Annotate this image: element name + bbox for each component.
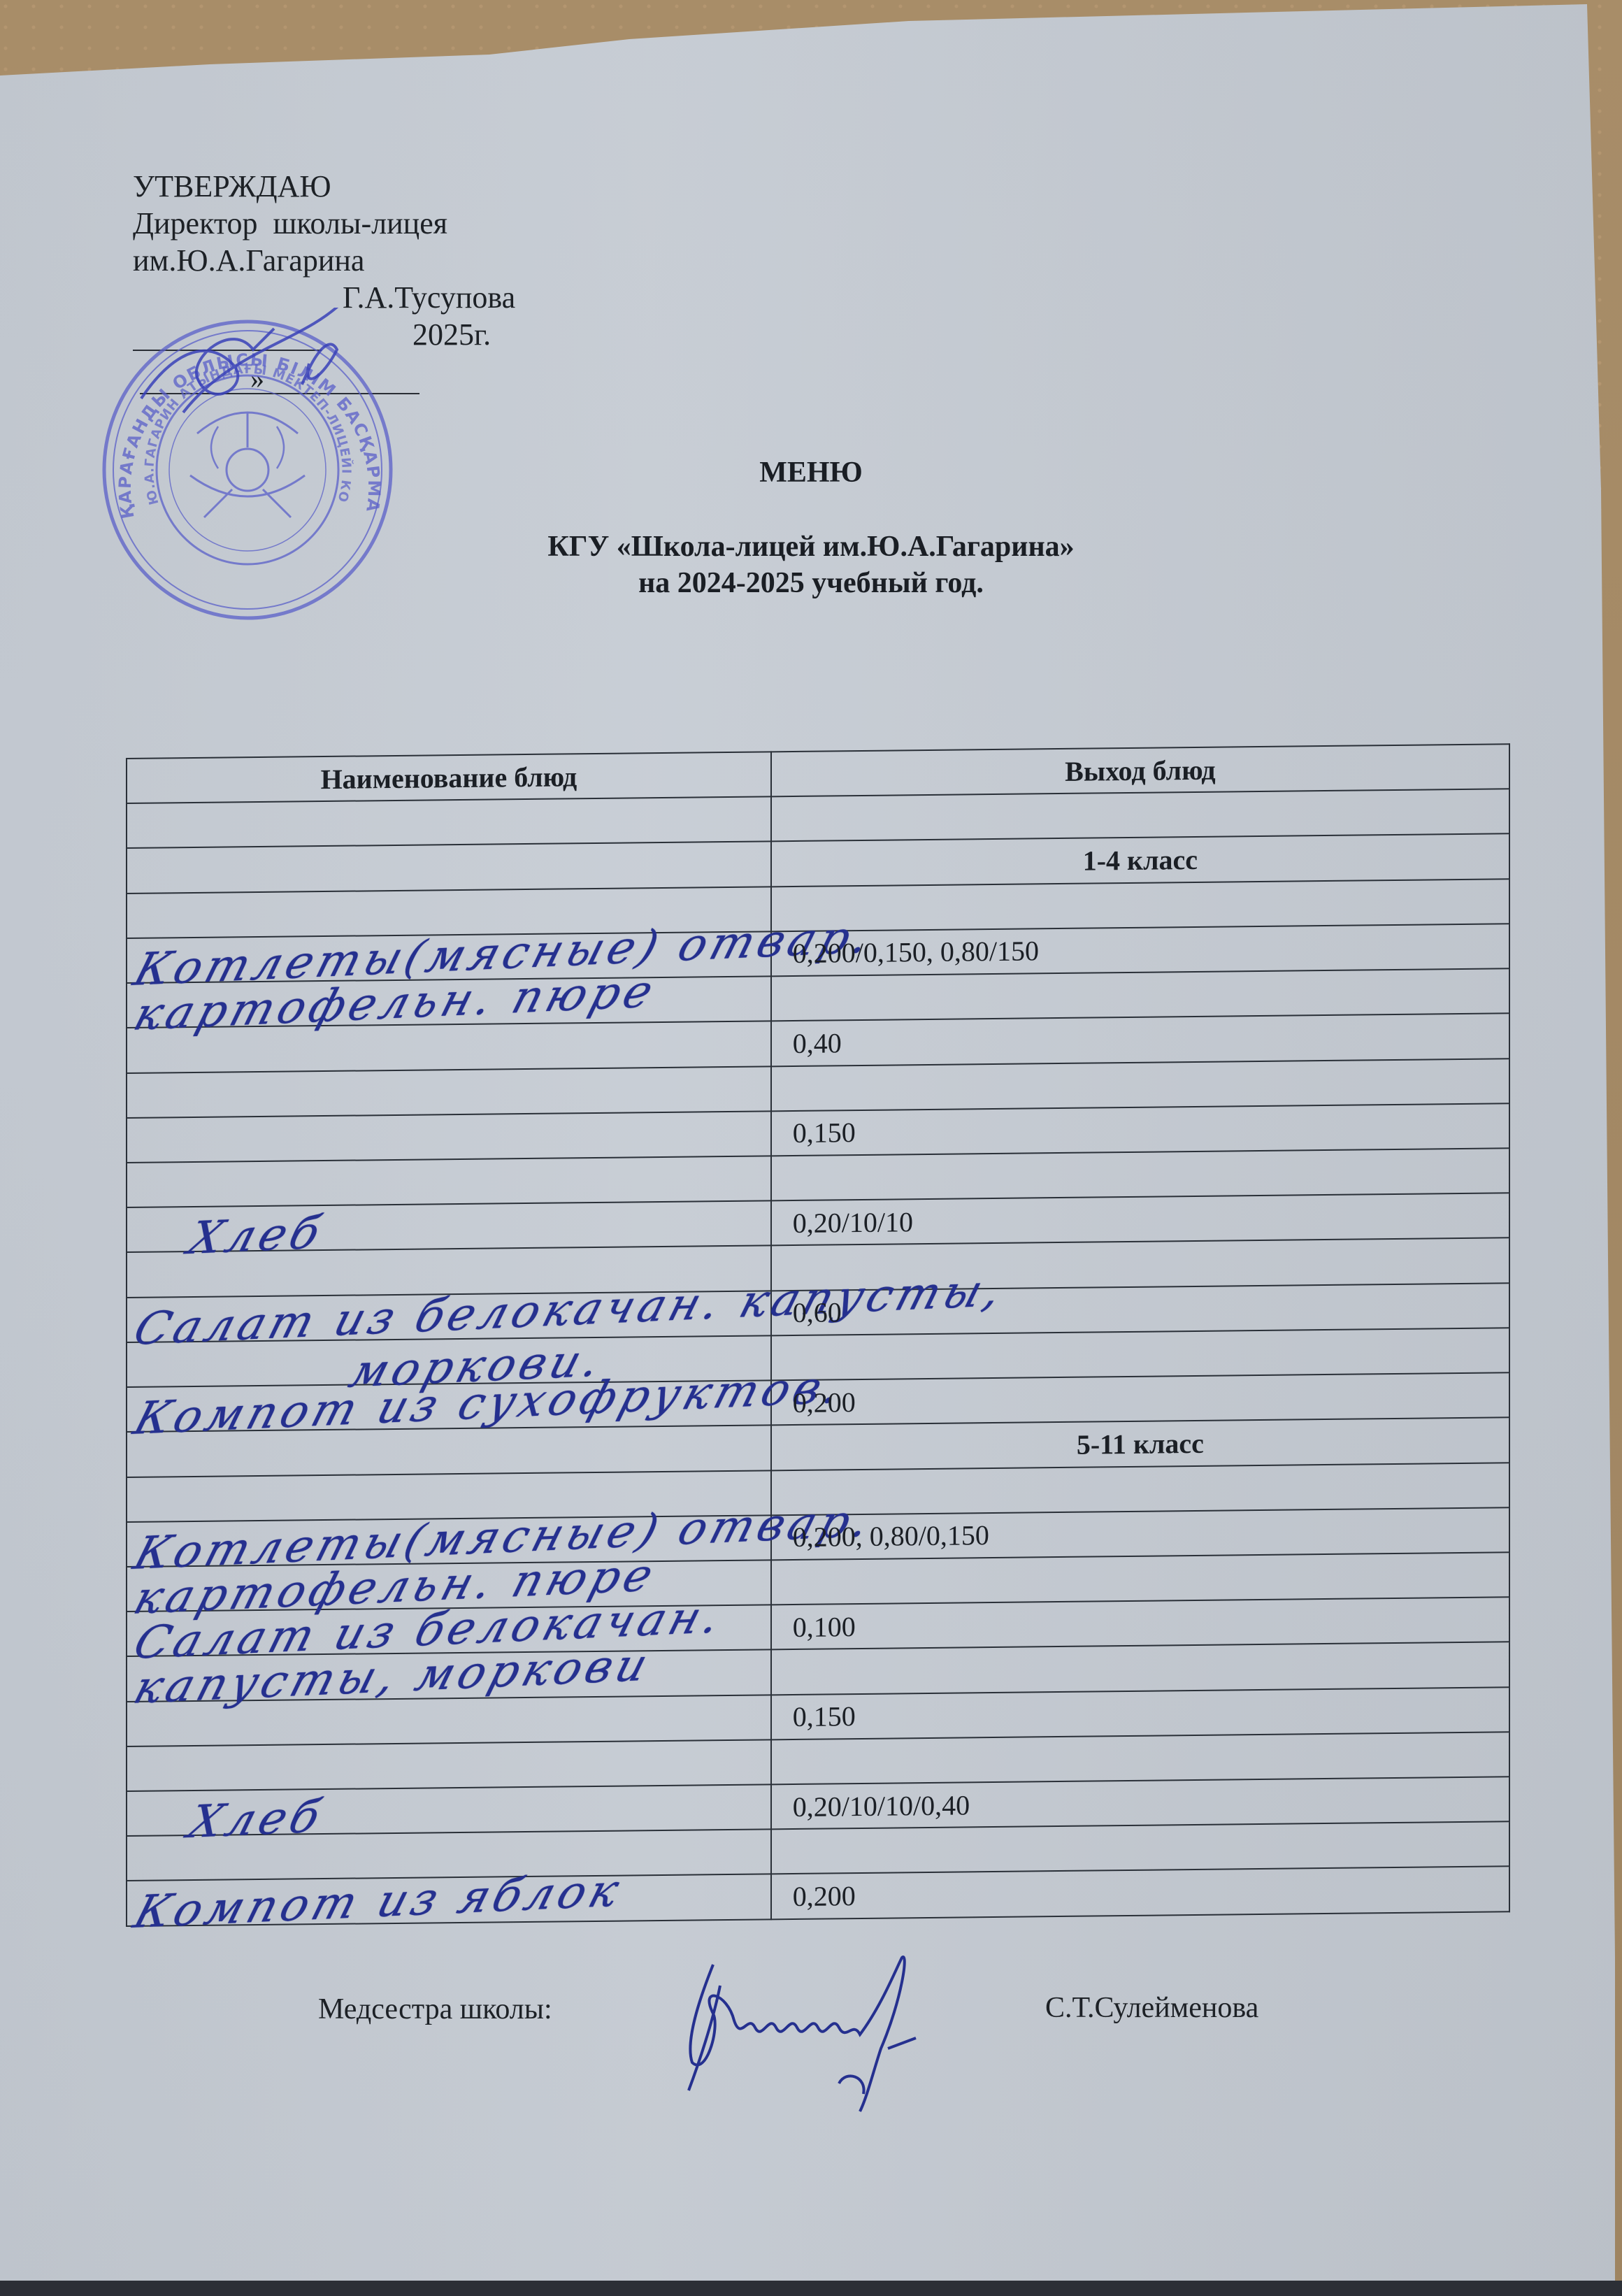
desk-edge <box>0 2281 1622 2296</box>
dish-output-cell <box>771 1642 1509 1695</box>
dish-output-cell <box>771 1059 1509 1111</box>
approval-heading: УТВЕРЖДАЮ <box>133 168 515 205</box>
school-year: на 2024-2025 учебный год. <box>392 565 1230 601</box>
class-group-label: 1-4 класс <box>771 834 1509 887</box>
official-stamp-icon: ҚАРАҒАНДЫ ОБЛЫСЫ БІЛІМ БАСҚАРМАСЫНЫҢ ШЕТ… <box>92 308 400 629</box>
dish-output-cell <box>771 1463 1509 1515</box>
document-title-block: МЕНЮ КГУ «Школа-лицей им.Ю.А.Гагарина» н… <box>392 454 1230 601</box>
column-header-output: Выход блюд <box>771 744 1509 796</box>
dish-name-cell <box>127 1739 771 1791</box>
dish-output-cell <box>771 968 1509 1021</box>
director-position-line2: им.Ю.А.Гагарина <box>133 242 515 279</box>
dish-name-cell: Компот из сухофруктов. <box>127 1380 771 1432</box>
dish-name-cell <box>127 797 771 849</box>
column-header-dish-name: Наименование блюд <box>127 752 771 803</box>
organization-name: КГУ «Школа-лицей им.Ю.А.Гагарина» <box>392 529 1230 565</box>
dish-output-cell: 0,150 <box>771 1687 1509 1739</box>
dish-output-cell: 0,200 <box>771 1867 1509 1920</box>
dish-name-cell <box>127 1695 771 1746</box>
dish-name-cell: капусты, моркови <box>127 1650 771 1702</box>
menu-table: Наименование блюд Выход блюд 1-4 классКо… <box>126 743 1510 1927</box>
dish-output-cell: 0,20/10/10/0,40 <box>771 1777 1509 1829</box>
dish-output-cell: 0,200 <box>771 1372 1509 1425</box>
dish-name-cell: Хлеб <box>127 1784 771 1836</box>
menu-title: МЕНЮ <box>392 454 1230 491</box>
dish-output-cell <box>771 1552 1509 1605</box>
dish-output-cell <box>771 789 1509 841</box>
dish-name-cell: Компот из яблок <box>127 1874 771 1926</box>
class-group-label: 5-11 класс <box>771 1418 1509 1470</box>
dish-name-cell <box>127 1021 771 1073</box>
nurse-name: С.Т.Сулейменова <box>1045 1991 1258 2025</box>
dish-name-cell <box>127 1426 771 1477</box>
dish-name-cell <box>127 1066 771 1118</box>
footer-signature: Медсестра школы: С.Т.Сулейменова <box>318 1993 552 2026</box>
nurse-signature-icon <box>671 1944 1021 2125</box>
dish-output-cell: 0,200, 0,80/0,150 <box>771 1507 1509 1560</box>
dish-output-cell: 0,60 <box>771 1283 1509 1335</box>
dish-output-cell <box>771 1732 1509 1784</box>
dish-output-cell: 0,100 <box>771 1597 1509 1649</box>
dish-name-cell: картофельн. пюре <box>127 976 771 1028</box>
dish-name-cell <box>127 842 771 894</box>
dish-output-cell <box>771 1328 1509 1380</box>
dish-output-cell: 0,20/10/10 <box>771 1193 1509 1245</box>
dish-name-cell <box>127 1156 771 1207</box>
dish-name-cell: Хлеб <box>127 1201 771 1253</box>
dish-output-cell: 0,150 <box>771 1103 1509 1156</box>
dish-output-cell <box>771 879 1509 931</box>
dish-output-cell <box>771 1148 1509 1200</box>
dish-name-cell <box>127 1111 771 1163</box>
dish-output-cell <box>771 1822 1509 1874</box>
director-position-line1: Директор школы-лицея <box>133 205 515 242</box>
dish-output-cell: 0,200/0,150, 0,80/150 <box>771 924 1509 976</box>
dish-name-cell: Салат из белокачан. капусты, <box>127 1291 771 1342</box>
nurse-label: Медсестра школы: <box>318 1993 552 2025</box>
dish-output-cell: 0,40 <box>771 1014 1509 1066</box>
